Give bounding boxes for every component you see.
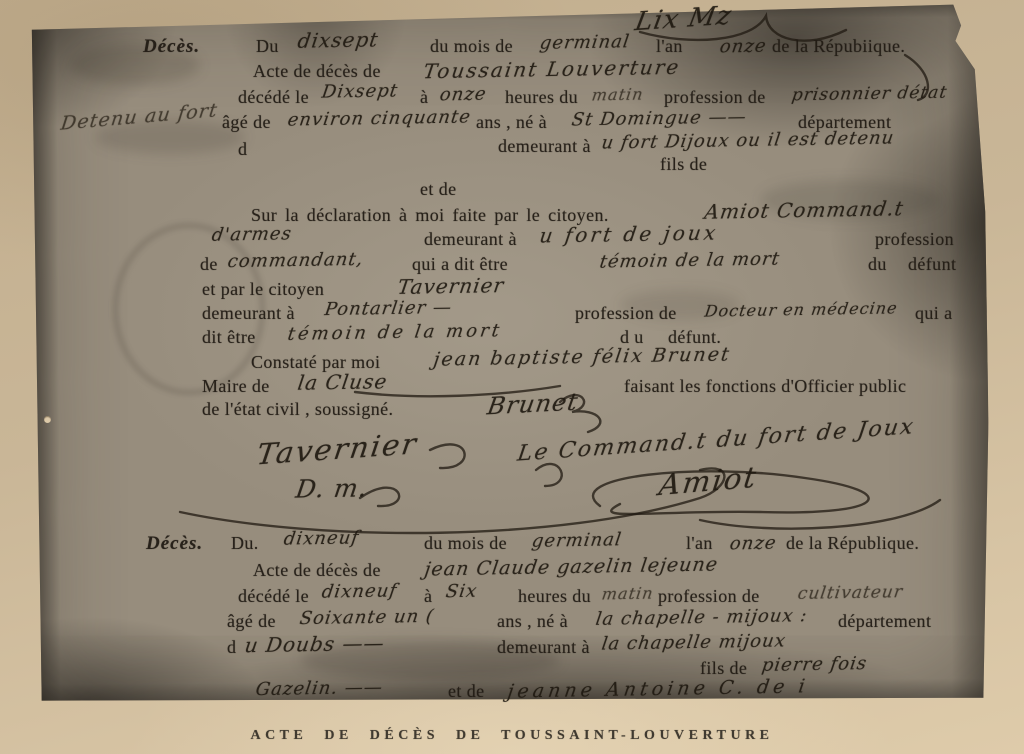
acte1-printed: faisant les fonctions d'Officier public (624, 376, 906, 397)
acte1-entry-declarant1-profession: commandant, (226, 249, 364, 272)
acte2-entry-age: Soixante un ( (298, 606, 435, 629)
acte2-entry-name: jean Claude gazelin lejeune (423, 553, 720, 580)
signature-commandant-line: Le Command.t du fort de Joux (516, 414, 917, 466)
acte1-printed: de la Répubiique. (772, 36, 905, 57)
acte2-printed: à (424, 586, 432, 607)
acte2-printed: du mois de (424, 533, 507, 554)
signature-amiot: Amiot (657, 460, 760, 502)
acte2-printed: de la République. (786, 533, 919, 554)
acte1-section-label: Décès. (143, 36, 200, 58)
acte1-entry-profession: prisonnier détat (790, 83, 948, 106)
acte1-entry-declarant1-2: d'armes (210, 223, 293, 245)
acte1-entry-name: Toussaint Louverture (422, 55, 682, 83)
acte1-entry-residence: u fort Dijoux ou il est detenu (600, 127, 896, 153)
acte2-entry-residence: la chapelle mijoux (600, 630, 787, 654)
acte1-printed: d (238, 139, 247, 160)
acte1-printed: fils de (660, 154, 707, 175)
acte1-margin-note: Detenu au fort (59, 99, 219, 134)
acte2-printed: décédé le (238, 586, 309, 607)
acte2-entry-year: onze (728, 533, 778, 555)
acte1-printed: du (868, 254, 887, 275)
acte2-entry-mother: jeanne Antoine C. de i (506, 675, 810, 702)
acte1-entry-ampm: matin (591, 85, 645, 105)
acte1-printed: heures du (505, 87, 578, 108)
acte1-printed: qui a dit être (412, 254, 508, 275)
acte2-entry-father: pierre fois (760, 653, 868, 676)
acte1-entry-hour: onze (438, 84, 488, 106)
acte1-entry-year: onze (718, 36, 768, 58)
acte1-printed: profession (875, 229, 954, 250)
acte1-entry-commune: la Cluse (296, 369, 389, 395)
acte1-printed: demeurant à (424, 229, 517, 250)
acte1-printed: profession de (664, 87, 766, 108)
signature-tavernier: Tavernier (255, 427, 421, 472)
acte2-printed: d (227, 637, 236, 658)
acte1-entry-birthplace: St Domingue —— (570, 106, 748, 130)
acte1-entry-declarant1: Amiot Command.t (703, 196, 905, 223)
acte1-printed: profession de (575, 303, 677, 324)
acte1-printed: de l'état civil , soussigné. (202, 399, 393, 420)
acte2-printed: département (838, 611, 931, 632)
acte1-entry-witness2-role: témoin de la mort (286, 320, 503, 345)
acte1-printed: défunt (908, 254, 956, 275)
page: Lix Mz Décès. Du dixsept du mois de germ… (0, 0, 1024, 754)
acte1-printed: et par le citoyen (202, 279, 324, 300)
acte2-entry-profession: cultivateur (796, 582, 904, 604)
acte1-printed: demeurant à (202, 303, 295, 324)
acte1-printed: Maire de (202, 376, 270, 397)
acte1-printed: demeurant à (498, 136, 591, 157)
acte1-entry-death-day: Dixsept (320, 80, 399, 102)
acte2-printed: âgé de (227, 611, 276, 632)
acte1-entry-age: environ cinquante (286, 106, 472, 130)
acte1-entry-declarant2-residence: Pontarlier — (323, 297, 453, 320)
acte1-signature-brunet: Brunet (485, 388, 580, 421)
signature-tavernier-dm: D. m. (294, 473, 370, 503)
acte1-printed: du mois de (430, 36, 513, 57)
certificate-text: Lix Mz Décès. Du dixsept du mois de germ… (0, 0, 1024, 754)
acte2-printed: et de (448, 681, 484, 702)
acte1-entry-month: germinal (538, 31, 631, 54)
acte2-entry-day: dixneuf (282, 527, 360, 549)
acte1-entry-declarant1-residence: u fort de joux (538, 220, 720, 247)
top-annotation: Lix Mz (633, 1, 735, 38)
acte2-entry-father2: Gazelin. —— (254, 677, 384, 700)
acte1-printed: à (420, 87, 428, 108)
acte2-entry-department: u Doubs —— (243, 631, 386, 657)
acte2-printed: Du. (231, 533, 259, 554)
acte1-printed: décédé le (238, 87, 309, 108)
acte2-entry-hour: Six (444, 581, 478, 603)
acte1-entry-officer-name: jean baptiste félix Brunet (432, 343, 732, 370)
acte2-printed: ans , né à (497, 611, 568, 632)
acte1-printed: de (200, 254, 218, 275)
acte2-entry-ampm: matin (601, 584, 655, 604)
caption: ACTE DE DÉCÈS DE TOUSSAINT-LOUVERTURE (0, 728, 1024, 744)
acte2-entry-birthplace: la chapelle - mijoux : (594, 605, 809, 630)
acte2-entry-month: germinal (530, 529, 623, 552)
acte1-entry-day: dixsept (296, 27, 380, 52)
acte1-printed: âgé de (222, 112, 271, 133)
acte2-printed: profession de (658, 586, 760, 607)
acte2-entry-death-day: dixneuf (320, 580, 398, 602)
acte1-entry-declarant2: Tavernier (396, 273, 506, 299)
acte1-printed: dit être (202, 327, 256, 348)
acte1-printed: Acte de décès de (253, 61, 381, 82)
acte1-printed: ans , né à (476, 112, 547, 133)
acte2-printed: Acte de décès de (253, 560, 381, 581)
acte2-section-label: Décès. (146, 533, 203, 555)
acte1-entry-declarant2-profession: Docteur en médecine (703, 298, 899, 320)
acte1-printed: qui a (915, 303, 953, 324)
acte1-printed: Du (256, 36, 279, 57)
acte2-printed: heures du (518, 586, 591, 607)
acte2-printed: l'an (686, 533, 713, 554)
acte1-printed: et de (420, 179, 456, 200)
acte2-printed: demeurant à (497, 637, 590, 658)
acte1-entry-witness-role: témoin de la mort (598, 248, 781, 272)
